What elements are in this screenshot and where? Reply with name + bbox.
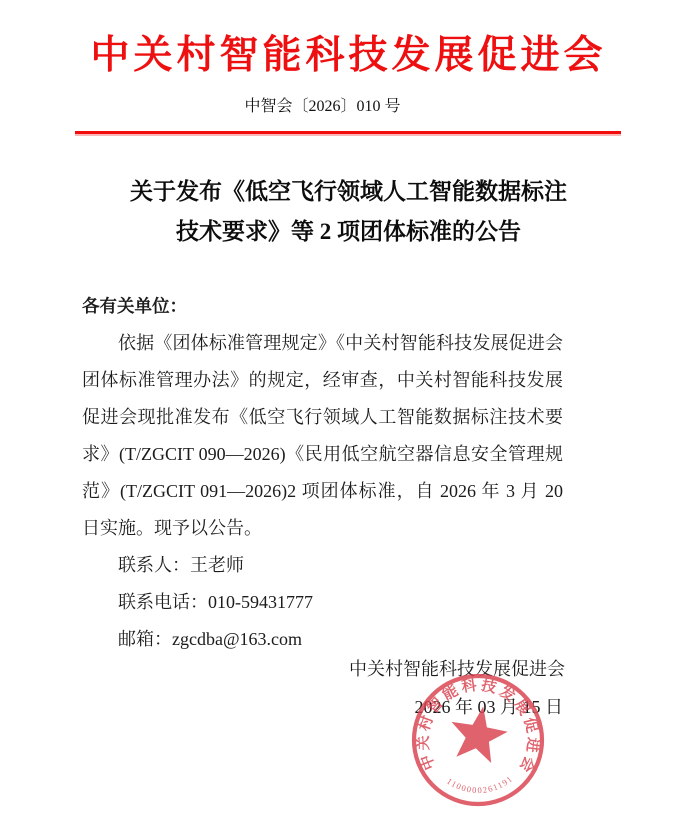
announcement-title-line1: 关于发布《低空飞行领域人工智能数据标注	[130, 179, 567, 204]
issuer-org-title: 中关村智能科技发展促进会	[0, 24, 697, 80]
contact-person-line: 联系人：王老师	[82, 547, 563, 584]
contact-phone-line: 联系电话：010-59431777	[82, 584, 563, 621]
doc-reference-number: 中智会〔2026〕010 号	[82, 93, 563, 116]
announcement-paragraph: 依据《团体标准管理规定》《中关村智能科技发展促进会团体标准管理办法》的规定，经审…	[82, 325, 563, 547]
signature-date: 2026 年 03 月 15 日	[349, 688, 565, 726]
salutation: 各有关单位：	[82, 288, 563, 325]
red-divider-rule	[75, 131, 621, 136]
document-body: 各有关单位： 依据《团体标准管理规定》《中关村智能科技发展促进会团体标准管理办法…	[82, 288, 563, 658]
seal-serial-number: 1100000261191	[445, 773, 515, 795]
document-page: 中关村智能科技发展促进会 中智会〔2026〕010 号 关于发布《低空飞行领域人…	[0, 0, 697, 833]
seal-serial-number-holder: 1100000261191	[445, 773, 515, 795]
signature-org-name: 中关村智能科技发展促进会	[349, 650, 565, 688]
announcement-title: 关于发布《低空飞行领域人工智能数据标注 技术要求》等 2 项团体标准的公告	[0, 172, 697, 252]
signature-block: 中关村智能科技发展促进会 2026 年 03 月 15 日	[349, 650, 565, 726]
announcement-title-line2: 技术要求》等 2 项团体标准的公告	[176, 219, 521, 244]
